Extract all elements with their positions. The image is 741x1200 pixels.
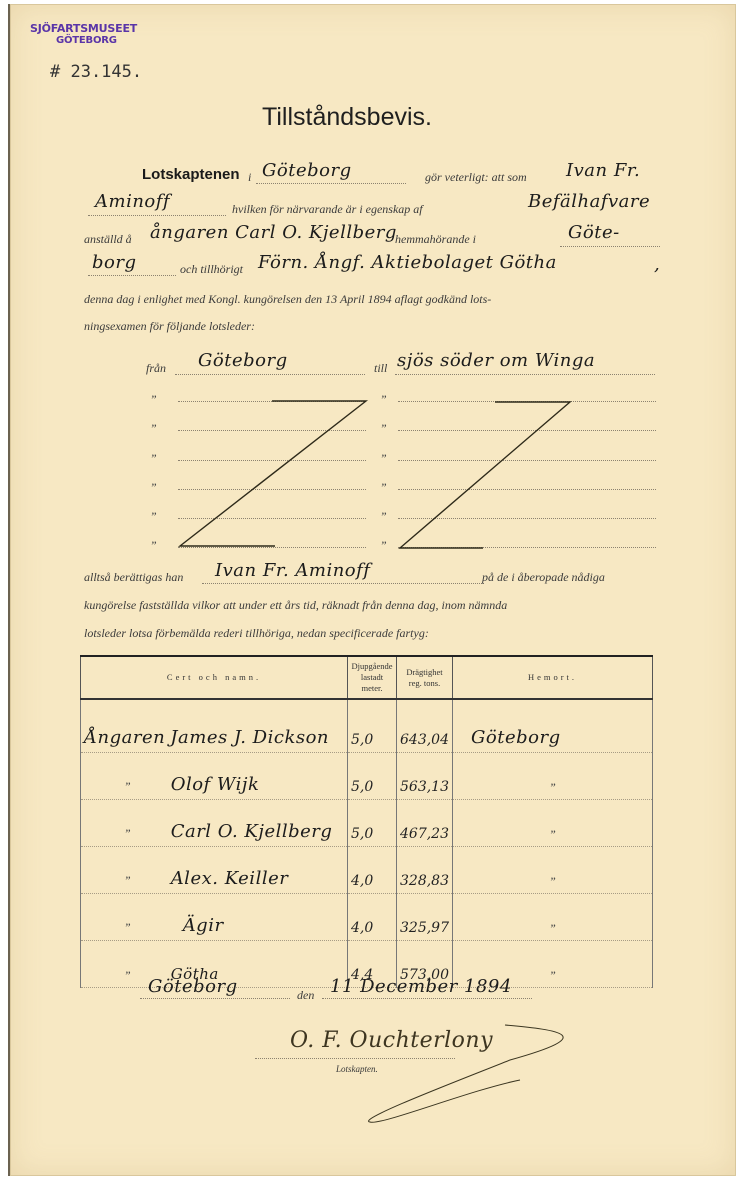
table-row: ”Olof Wijk 5,0 563,13 ” bbox=[81, 753, 653, 800]
ship-type: ” bbox=[124, 826, 131, 840]
ship-tonnage: 563,13 bbox=[397, 753, 453, 800]
date-field: 11 December 1894 bbox=[330, 976, 512, 997]
text-auth-line-3: lotsleder lotsa förbemälda rederi tillhö… bbox=[84, 626, 429, 641]
text-pa-de: på de i åberopade nådiga bbox=[482, 570, 605, 585]
ship-home: ” bbox=[549, 874, 556, 888]
ship-name: James J. Dickson bbox=[170, 727, 329, 748]
ship-depth: 4,0 bbox=[348, 847, 397, 894]
ship-home: ” bbox=[549, 827, 556, 841]
table-row: ”Alex. Keiller 4,0 328,83 ” bbox=[81, 847, 653, 894]
table-row: ”Ägir 4,0 325,97 ” bbox=[81, 894, 653, 941]
signature-title: Lotskapten. bbox=[336, 1064, 378, 1074]
authorized-person-field: Ivan Fr. Aminoff bbox=[215, 560, 370, 581]
ship-home: Göteborg bbox=[471, 727, 561, 748]
header-dragtighet: Drägtighet reg. tons. bbox=[397, 656, 453, 699]
text-auth-line-2: kungörelse fastställda vilkor att under … bbox=[84, 598, 507, 613]
header-cert-och-namn: Cert och namn. bbox=[81, 656, 348, 699]
ship-tonnage: 325,97 bbox=[397, 894, 453, 941]
signature: O. F. Ouchterlony bbox=[290, 1028, 493, 1053]
table-row: ”Carl O. Kjellberg 5,0 467,23 ” bbox=[81, 800, 653, 847]
ship-type: ” bbox=[124, 779, 131, 793]
ship-tonnage: 467,23 bbox=[397, 800, 453, 847]
table-header-row: Cert och namn. Djupgående lastadt meter.… bbox=[81, 656, 653, 699]
ship-depth: 5,0 bbox=[348, 699, 397, 753]
ship-name: Alex. Keiller bbox=[171, 868, 289, 889]
ship-name: Ägir bbox=[183, 915, 224, 936]
ship-home: ” bbox=[549, 968, 556, 982]
ship-depth: 5,0 bbox=[348, 753, 397, 800]
ship-home: ” bbox=[549, 780, 556, 794]
ship-type: ” bbox=[124, 968, 131, 982]
ship-name: Carl O. Kjellberg bbox=[171, 821, 333, 842]
text-den: den bbox=[297, 988, 314, 1003]
table-row: Ångaren James J. Dickson 5,0 643,04 Göte… bbox=[81, 699, 653, 753]
ship-tonnage: 643,04 bbox=[397, 699, 453, 753]
header-djupgaende: Djupgående lastadt meter. bbox=[348, 656, 397, 699]
text-alltsa: alltså berättigas han bbox=[84, 570, 183, 585]
ship-type: Ångaren bbox=[84, 727, 165, 748]
ship-depth: 4,0 bbox=[348, 894, 397, 941]
ship-type: ” bbox=[124, 873, 131, 887]
ship-name: Olof Wijk bbox=[171, 774, 260, 795]
ship-type: ” bbox=[124, 920, 131, 934]
header-hemort: Hemort. bbox=[453, 656, 653, 699]
ship-tonnage: 328,83 bbox=[397, 847, 453, 894]
ship-depth: 5,0 bbox=[348, 800, 397, 847]
ships-table: Cert och namn. Djupgående lastadt meter.… bbox=[80, 655, 653, 988]
ship-home: ” bbox=[549, 921, 556, 935]
place-field: Göteborg bbox=[148, 976, 238, 997]
